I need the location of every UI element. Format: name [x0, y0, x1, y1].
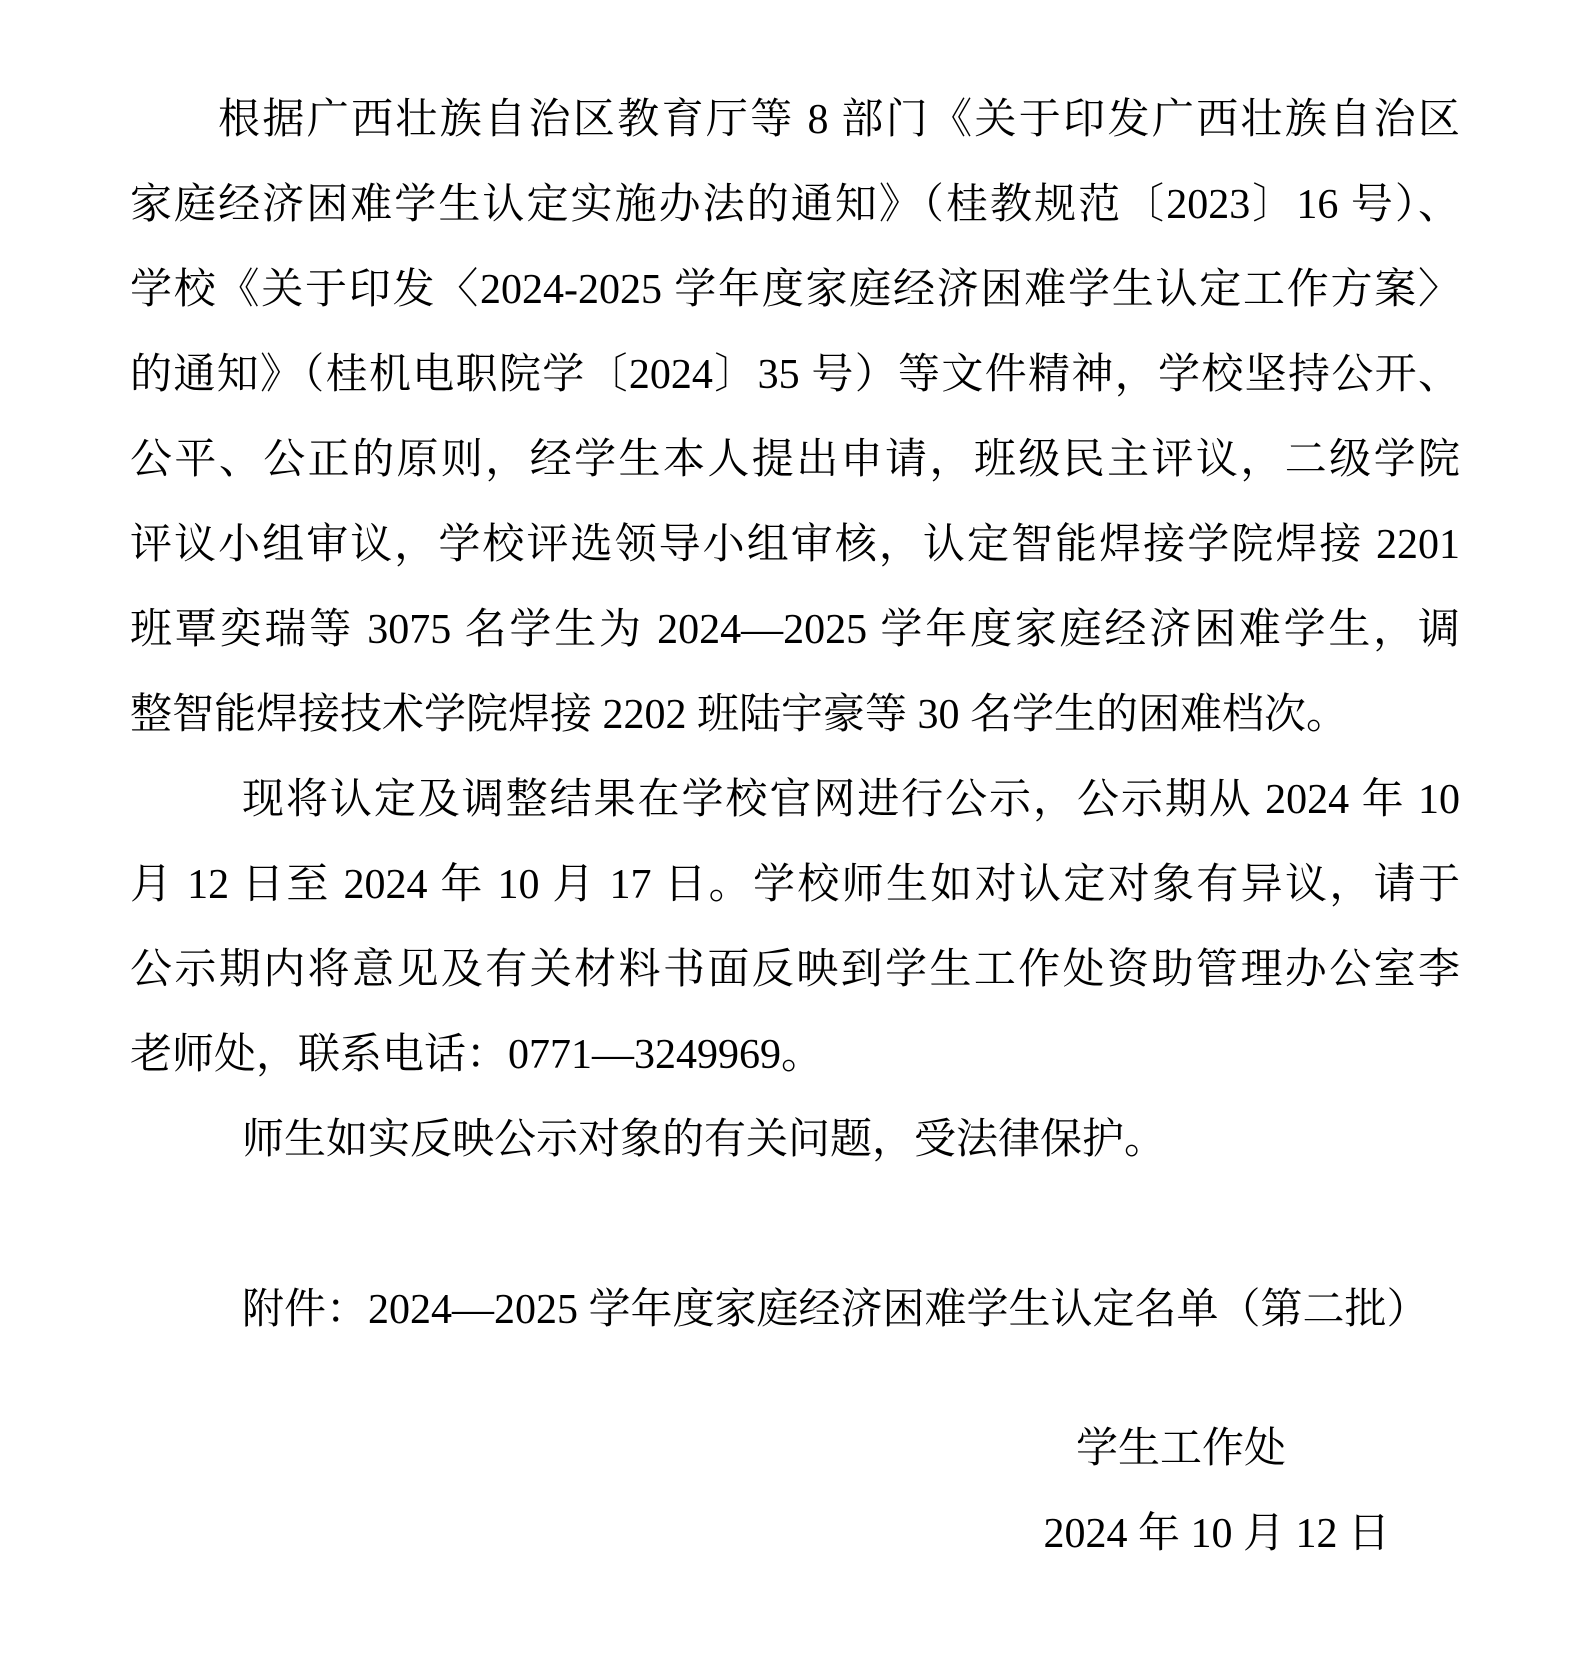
text-line: 老师处，联系电话：0771—3249969。 [130, 1013, 1460, 1098]
text-line: 根据广西壮族自治区教育厅等 8 部门《关于印发广西壮族自治区 [130, 78, 1460, 163]
text-line: 师生如实反映公示对象的有关问题，受法律保护。 [130, 1098, 1460, 1183]
signature-date: 2024 年 10 月 12 日 [130, 1492, 1460, 1577]
document-body: 根据广西壮族自治区教育厅等 8 部门《关于印发广西壮族自治区 家庭经济困难学生认… [0, 0, 1587, 1577]
attachment-line: 附件：2024—2025 学年度家庭经济困难学生认定名单（第二批） [130, 1268, 1460, 1353]
text-line: 现将认定及调整结果在学校官网进行公示，公示期从 2024 年 10 [130, 758, 1460, 843]
text-line: 班覃奕瑞等 3075 名学生为 2024—2025 学年度家庭经济困难学生，调 [130, 588, 1460, 673]
text-line: 评议小组审议，学校评选领导小组审核，认定智能焊接学院焊接 2201 [130, 503, 1460, 588]
blank-line [130, 1183, 1460, 1268]
text-line: 学校《关于印发〈2024-2025 学年度家庭经济困难学生认定工作方案〉 [130, 248, 1460, 333]
text-line: 公平、公正的原则，经学生本人提出申请，班级民主评议，二级学院 [130, 418, 1460, 503]
text-line: 家庭经济困难学生认定实施办法的通知》（桂教规范〔2023〕16 号）、 [130, 163, 1460, 248]
signature-department: 学生工作处 [130, 1407, 1460, 1492]
notice-document: 根据广西壮族自治区教育厅等 8 部门《关于印发广西壮族自治区 家庭经济困难学生认… [0, 0, 1587, 1656]
signature-gap [130, 1353, 1460, 1407]
text-line: 的通知》（桂机电职院学〔2024〕35 号）等文件精神，学校坚持公开、 [130, 333, 1460, 418]
text-line: 整智能焊接技术学院焊接 2202 班陆宇豪等 30 名学生的困难档次。 [130, 673, 1460, 758]
text-line: 公示期内将意见及有关材料书面反映到学生工作处资助管理办公室李 [130, 928, 1460, 1013]
text-line: 月 12 日至 2024 年 10 月 17 日。学校师生如对认定对象有异议，请… [130, 843, 1460, 928]
